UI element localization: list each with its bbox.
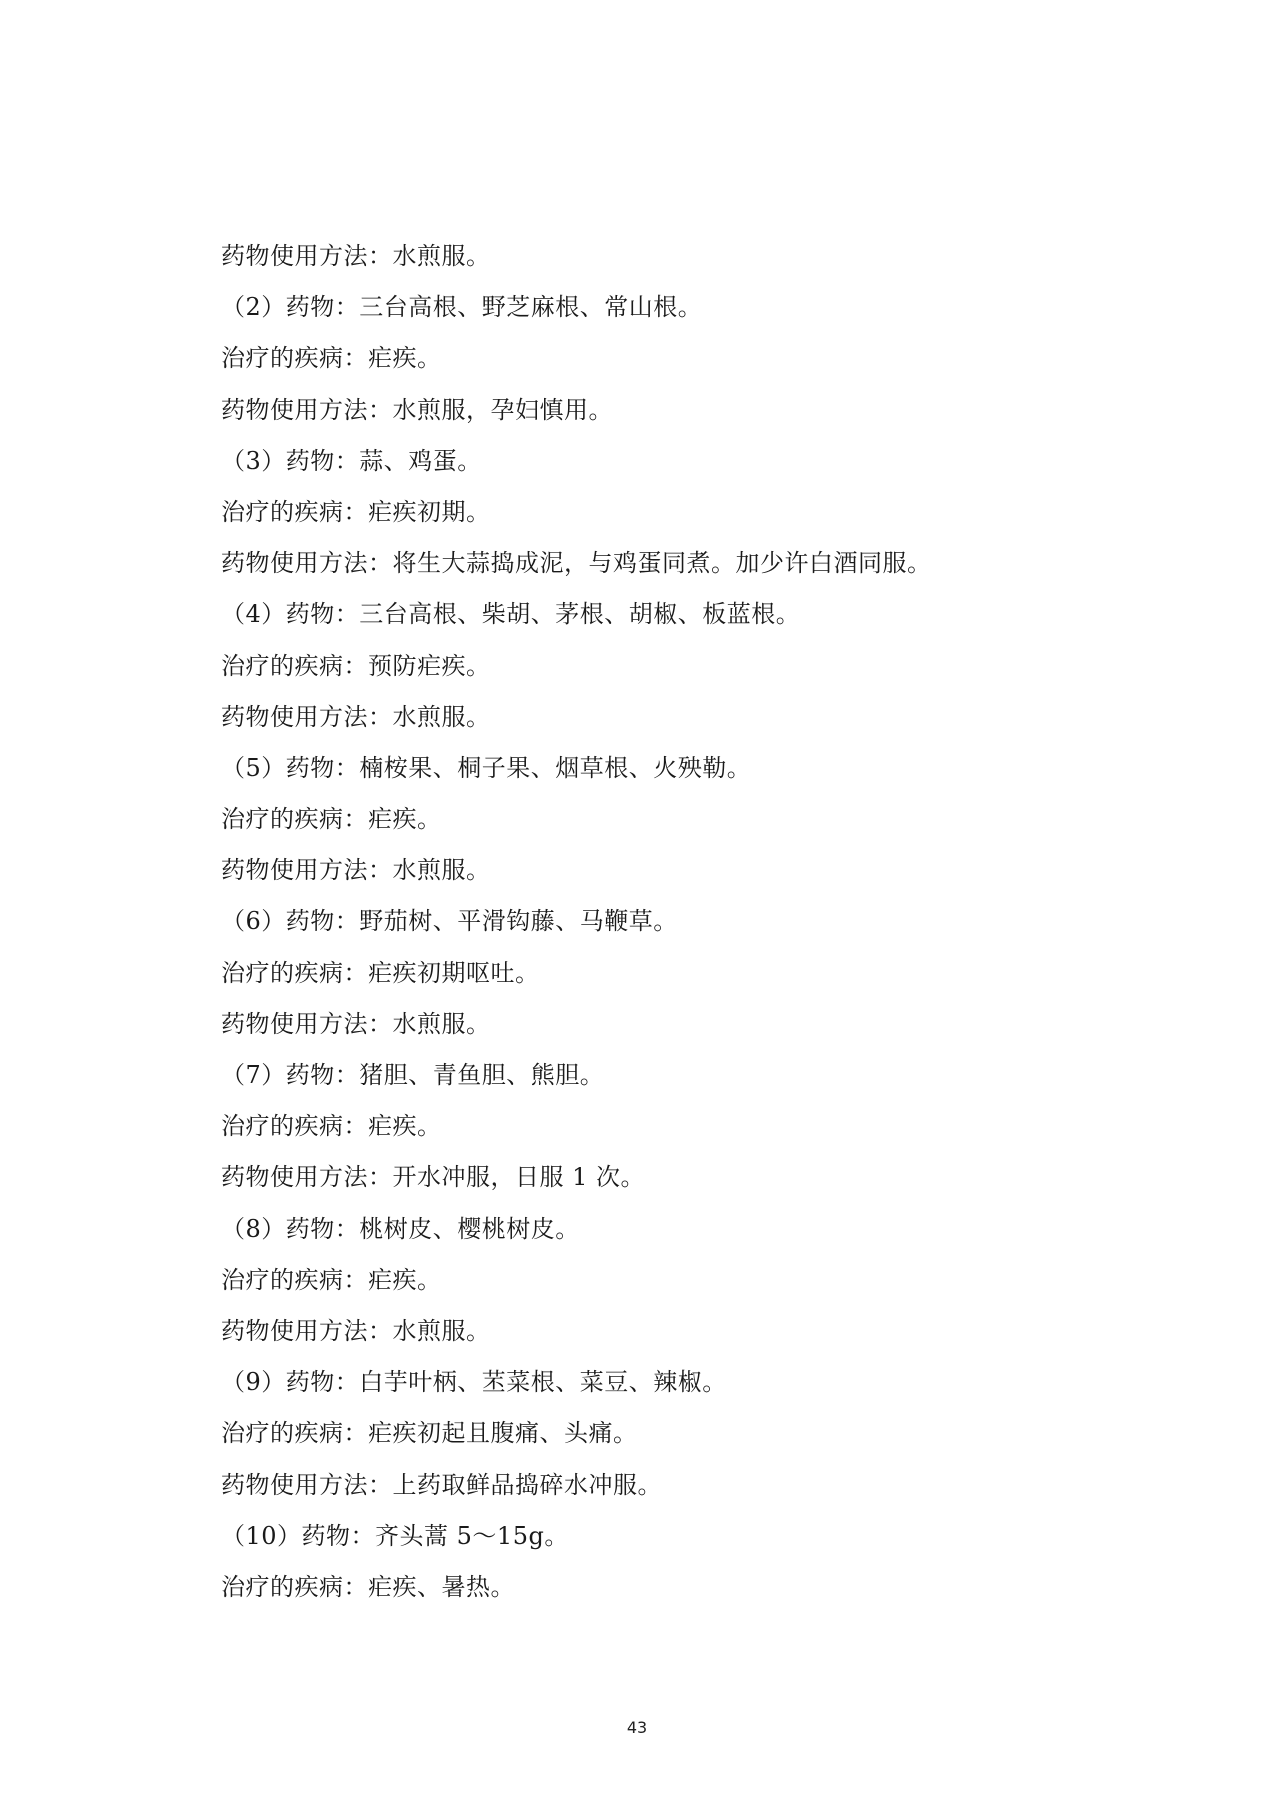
usage-line: 药物使用方法：水煎服。 [221,1008,1071,1059]
usage-line: 药物使用方法：将生大蒜捣成泥，与鸡蛋同煮。加少许白酒同服。 [221,547,1071,598]
document-page: 药物使用方法：水煎服。 （2）药物：三台高根、野芝麻根、常山根。 治疗的疾病：疟… [0,0,1274,1801]
document-body: 药物使用方法：水煎服。 （2）药物：三台高根、野芝麻根、常山根。 治疗的疾病：疟… [221,240,1071,1622]
disease-line: 治疗的疾病：预防疟疾。 [221,650,1071,701]
usage-line: 药物使用方法：上药取鲜品捣碎水冲服。 [221,1469,1071,1520]
medicine-item-line: （2）药物：三台高根、野芝麻根、常山根。 [221,291,1071,342]
page-number: 43 [0,1718,1274,1737]
disease-line: 治疗的疾病：疟疾。 [221,803,1071,854]
usage-line: 药物使用方法：水煎服。 [221,240,1071,291]
usage-line: 药物使用方法：水煎服，孕妇慎用。 [221,394,1071,445]
disease-line: 治疗的疾病：疟疾。 [221,1110,1071,1161]
disease-line: 治疗的疾病：疟疾初期。 [221,496,1071,547]
usage-line: 药物使用方法：开水冲服，日服 1 次。 [221,1161,1071,1212]
usage-line: 药物使用方法：水煎服。 [221,1315,1071,1366]
medicine-item-line: （9）药物：白芋叶柄、苤菜根、菜豆、辣椒。 [221,1366,1071,1417]
medicine-item-line: （7）药物：猪胆、青鱼胆、熊胆。 [221,1059,1071,1110]
disease-line: 治疗的疾病：疟疾初期呕吐。 [221,957,1071,1008]
medicine-item-line: （4）药物：三台高根、柴胡、茅根、胡椒、板蓝根。 [221,598,1071,649]
medicine-item-line: （8）药物：桃树皮、樱桃树皮。 [221,1213,1071,1264]
disease-line: 治疗的疾病：疟疾。 [221,1264,1071,1315]
medicine-item-line: （10）药物：齐头蒿 5～15g。 [221,1520,1071,1571]
disease-line: 治疗的疾病：疟疾初起且腹痛、头痛。 [221,1417,1071,1468]
medicine-item-line: （3）药物：蒜、鸡蛋。 [221,445,1071,496]
disease-line: 治疗的疾病：疟疾。 [221,342,1071,393]
usage-line: 药物使用方法：水煎服。 [221,854,1071,905]
medicine-item-line: （6）药物：野茄树、平滑钩藤、马鞭草。 [221,905,1071,956]
medicine-item-line: （5）药物：楠桉果、桐子果、烟草根、火殃勒。 [221,752,1071,803]
usage-line: 药物使用方法：水煎服。 [221,701,1071,752]
disease-line: 治疗的疾病：疟疾、暑热。 [221,1571,1071,1622]
